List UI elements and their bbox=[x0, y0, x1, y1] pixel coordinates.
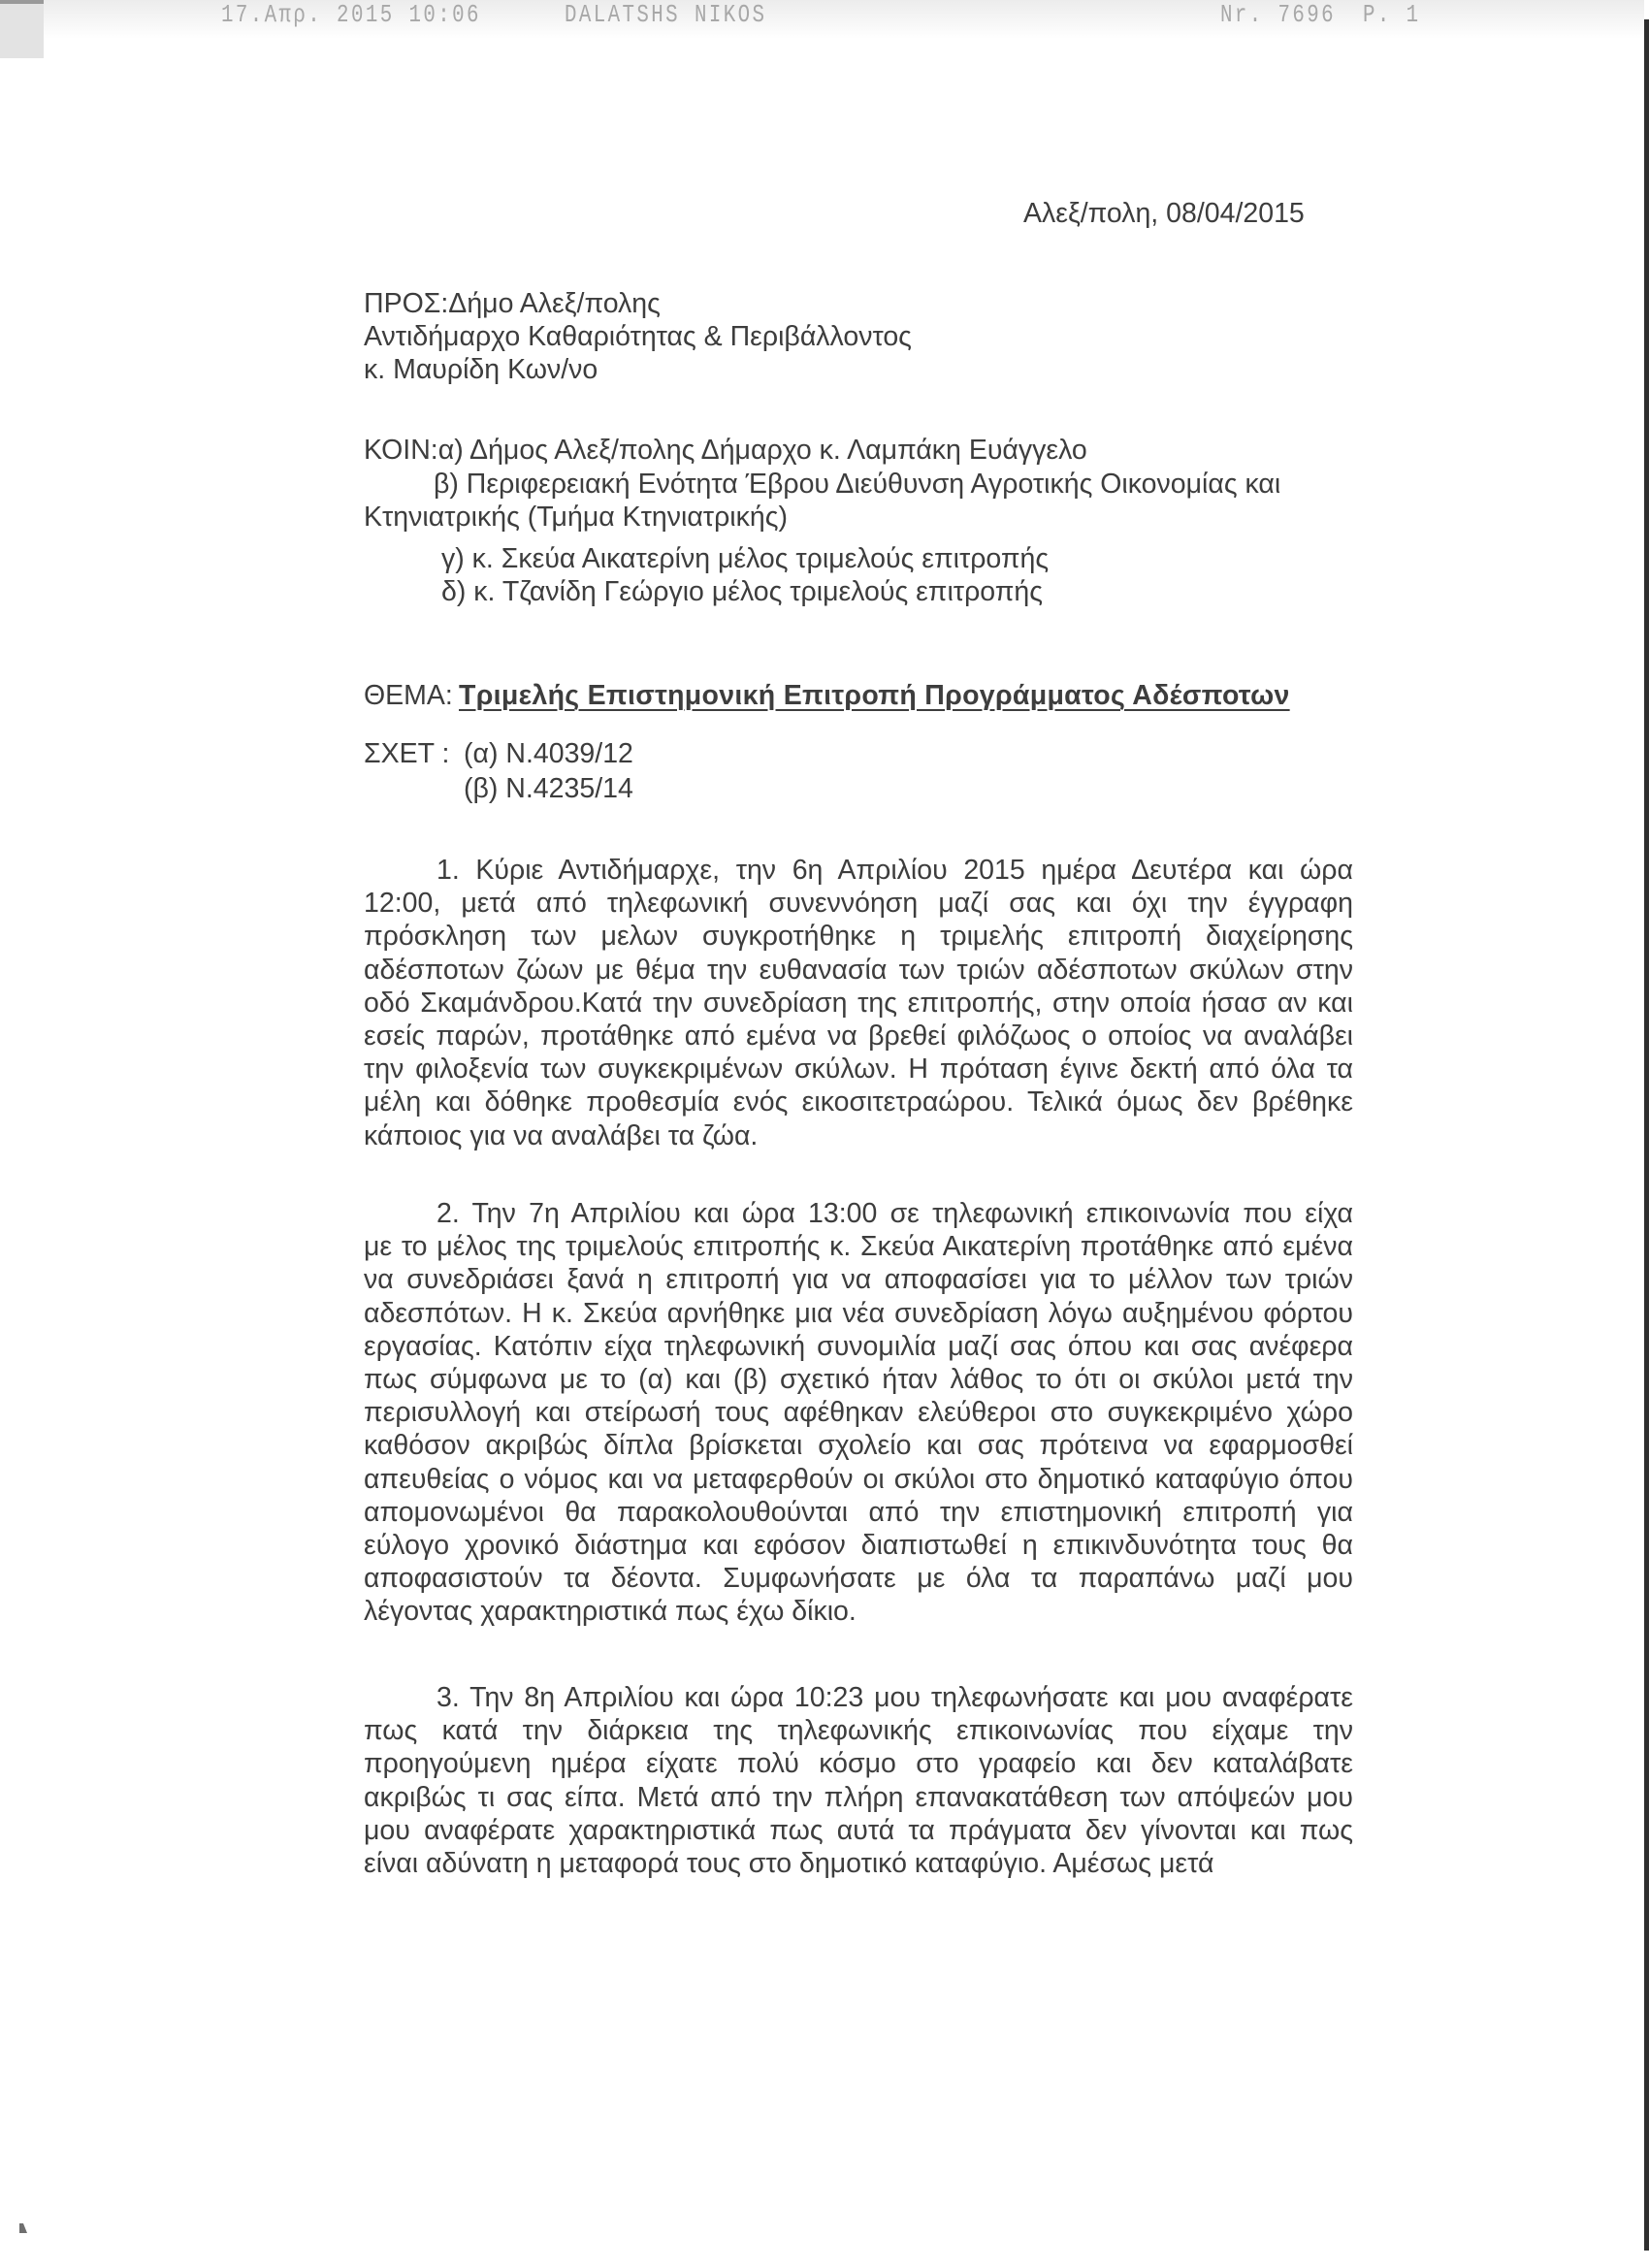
paragraph-line: ακριβώς τι σας είπα. Μετά από την πλήρη … bbox=[364, 1781, 1353, 1814]
paragraph-line: 1. Κύριε Αντιδήμαρχε, την 6η Απριλίου 20… bbox=[436, 854, 1353, 887]
recipient-line: Αντιδήμαρχο Καθαριότητας & Περιβάλλοντος bbox=[364, 320, 912, 353]
paragraph-line: 2. Την 7η Απριλίου και ώρα 13:00 σε τηλε… bbox=[436, 1197, 1353, 1230]
ref-item: (α) Ν.4039/12 bbox=[464, 737, 633, 770]
paragraph-line: οδό Σκαμάνδρου.Κατά την συνεδρίαση της ε… bbox=[364, 987, 1353, 1020]
paragraph-line: μου αναφέρατε χαρακτηριστικά πως αυτά τα… bbox=[364, 1814, 1353, 1847]
fax-datetime: 17.Απρ. 2015 10:06 bbox=[221, 0, 481, 29]
scan-edge-right bbox=[1644, 19, 1649, 2251]
scan-edge-left bbox=[0, 0, 44, 58]
paragraph-line: πρόσκληση των μελων συγκροτήθηκε η τριμε… bbox=[364, 920, 1353, 953]
paragraph-line: προηγούμενη ημέρα είχατε πολύ κόσμο στο … bbox=[364, 1747, 1353, 1780]
paragraph-line: εργασίας. Κατόπιν είχα τηλεφωνική συνομι… bbox=[364, 1330, 1353, 1363]
fax-page: P. 1 bbox=[1363, 0, 1421, 29]
paragraph-line: περισυλλογή και στείρωσή τους αφέθηκαν ε… bbox=[364, 1396, 1353, 1429]
scan-artifact bbox=[19, 2223, 27, 2233]
paragraph-line: 12:00, μετά από τηλεφωνική συνεννόηση μα… bbox=[364, 887, 1353, 920]
subject-text: Τριμελής Επιστημονική Επιτροπή Προγράμμα… bbox=[459, 679, 1290, 712]
cc-line: ΚΟΙΝ:α) Δήμος Αλεξ/πολης Δήμαρχο κ. Λαμπ… bbox=[364, 434, 1087, 467]
paragraph-line: εσείς παρών, προτάθηκε από εμένα να βρεθ… bbox=[364, 1020, 1353, 1053]
paragraph-line: πως σύμφωνα με το (α) και (β) σχετικό ήτ… bbox=[364, 1363, 1353, 1396]
paragraph-line: απευθείας ο νόμος και να μεταφερθούν οι … bbox=[364, 1463, 1353, 1496]
paragraph-line: αδεσπότων. Η κ. Σκεύα αρνήθηκε μια νέα σ… bbox=[364, 1297, 1353, 1330]
cc-line: γ) κ. Σκεύα Αικατερίνη μέλος τριμελούς ε… bbox=[441, 542, 1049, 575]
fax-number: Nr. 7696 bbox=[1220, 0, 1336, 29]
cc-line: δ) κ. Τζανίδη Γεώργιο μέλος τριμελούς επ… bbox=[441, 575, 1043, 608]
paragraph-line: την φιλοξενία των συγκεκριμένων σκύλων. … bbox=[364, 1053, 1353, 1085]
subject-label: ΘΕΜΑ: bbox=[364, 679, 453, 712]
paragraph-line: αποφασιστούν τα δέοντα. Συμφωνήσατε με ό… bbox=[364, 1562, 1353, 1595]
paragraph-line: εύλογο χρονικό διάστημα και εφόσον διαπι… bbox=[364, 1529, 1353, 1562]
fax-sender: DALATSHS NIKOS bbox=[565, 0, 766, 29]
paragraph-line: απομονωμένοι θα παρακολουθούνται από την… bbox=[364, 1496, 1353, 1529]
recipient-line: ΠΡΟΣ:Δήμο Αλεξ/πολης bbox=[364, 287, 661, 320]
cc-line: β) Περιφερειακή Ενότητα Έβρου Διεύθυνση … bbox=[434, 468, 1280, 501]
recipient-line: κ. Μαυρίδη Κων/νο bbox=[364, 353, 598, 386]
paragraph-line: πως κατά την διάρκεια της τηλεφωνικής επ… bbox=[364, 1714, 1353, 1747]
paragraph-line: αδέσποτων ζώων με θέμα την ευθανασία των… bbox=[364, 954, 1353, 987]
refs-label: ΣΧΕΤ : bbox=[364, 737, 449, 770]
paragraph-line: να συνεδριάσει ξανά η επιτροπή για να απ… bbox=[364, 1263, 1353, 1296]
paragraph-line: 3. Την 8η Απριλίου και ώρα 10:23 μου τηλ… bbox=[436, 1681, 1353, 1714]
paragraph-line: καθόσον ακριβώς δίπλα βρίσκεται σχολείο … bbox=[364, 1429, 1353, 1462]
place-date: Αλεξ/πολη, 08/04/2015 bbox=[1023, 197, 1305, 230]
cc-line: Κτηνιατρικής (Τμήμα Κτηνιατρικής) bbox=[364, 501, 788, 534]
paragraph-line: είναι αδύνατη η μεταφορά τους στο δημοτι… bbox=[364, 1847, 1213, 1880]
paragraph-line: λέγοντας χαρακτηριστικά πως έχω δίκιο. bbox=[364, 1595, 857, 1628]
paragraph-line: μέλη και δόθηκε προθεσμία ενός εικοσιτετ… bbox=[364, 1085, 1353, 1118]
ref-item: (β) Ν.4235/14 bbox=[464, 772, 633, 805]
paragraph-line: κάποιος για να αναλάβει τα ζώα. bbox=[364, 1119, 758, 1152]
paragraph-line: με το μέλος της τριμελούς επιτροπής κ. Σ… bbox=[364, 1230, 1353, 1263]
